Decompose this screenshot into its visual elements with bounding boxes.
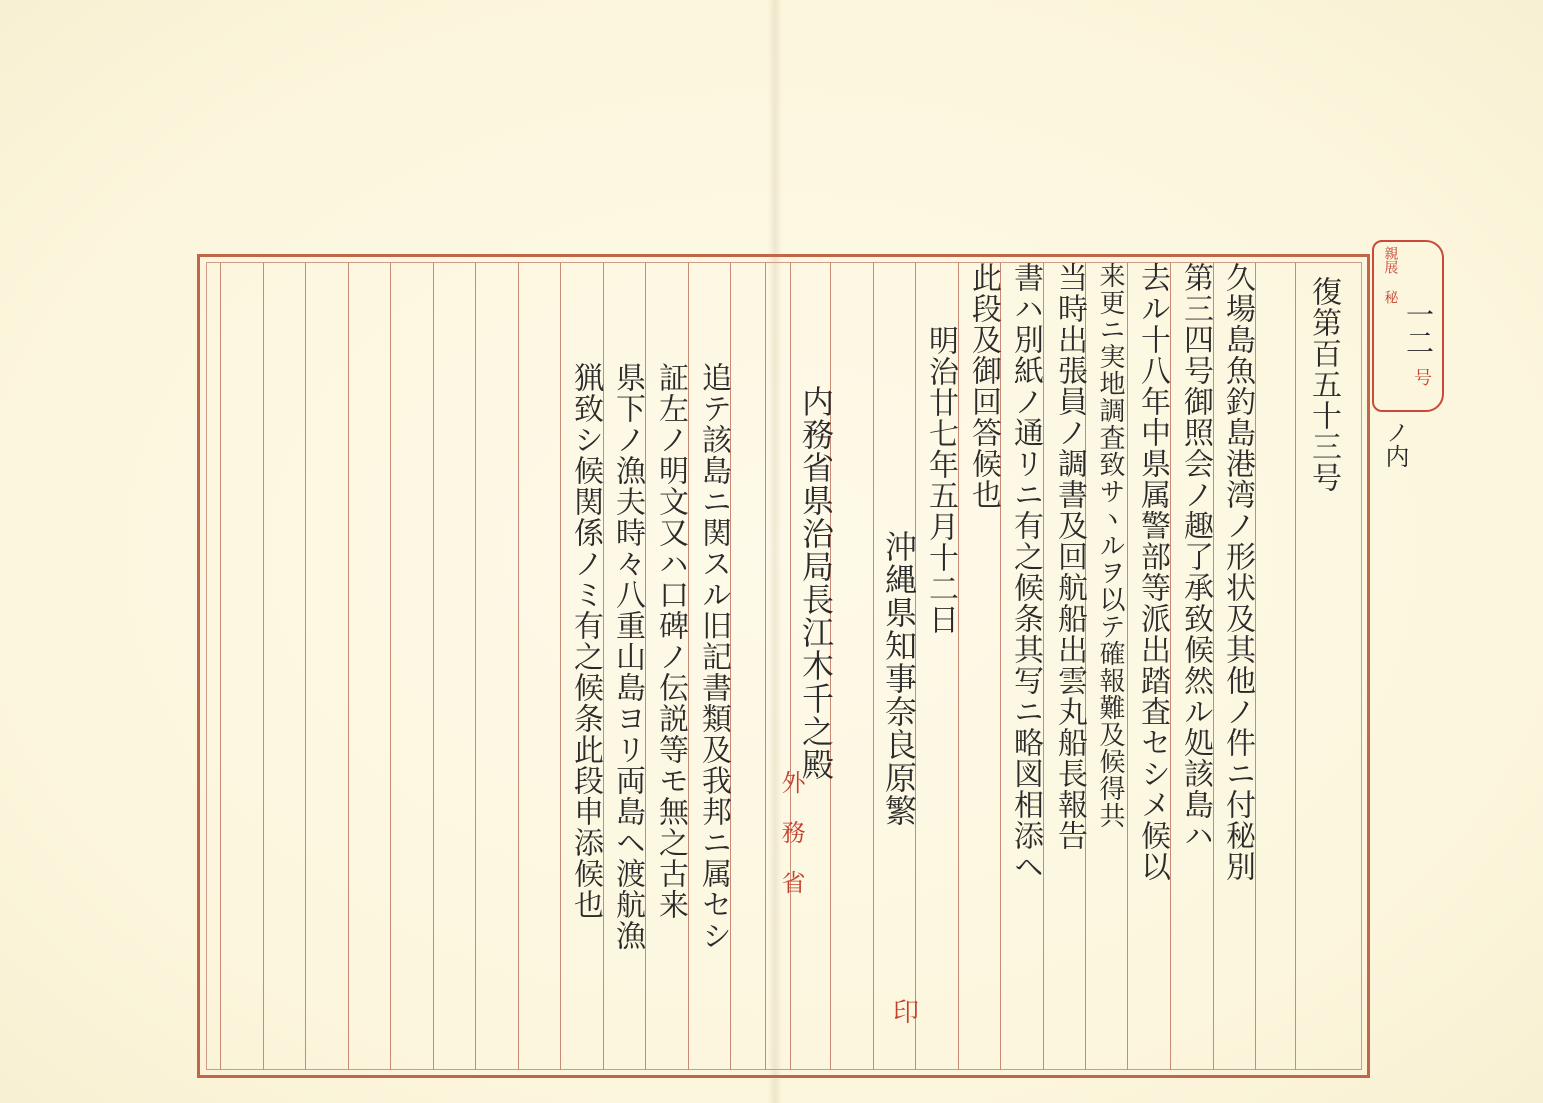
column-rule: [220, 262, 221, 1070]
column-rule: [645, 262, 646, 1070]
body-line-6: 書ハ別紙ノ通リニ有之候条其写ニ略図相添ヘ: [1010, 262, 1040, 882]
body-line-3: 去ル十八年中県属警部等派出踏査セシメ候以: [1137, 262, 1167, 882]
column-rule: [1255, 262, 1256, 1070]
column-rule: [790, 262, 791, 1070]
column-rule: [518, 262, 519, 1070]
column-rule: [688, 262, 689, 1070]
column-rule: [1170, 262, 1171, 1070]
column-rule: [603, 262, 604, 1070]
body-line-5: 当時出張員ノ調書及回航船出雲丸船長報告: [1054, 262, 1084, 851]
addressee: 内務省県治局長江木千之殿: [800, 385, 832, 781]
column-rule: [873, 262, 874, 1070]
column-rule: [390, 262, 391, 1070]
column-rule: [765, 262, 766, 1070]
column-rule: [263, 262, 264, 1070]
body-line-7: 此段及御回答候也: [968, 262, 998, 510]
column-rule: [1043, 262, 1044, 1070]
postscript-line-1: 追テ該島ニ関スル旧記書類及我邦ニ属セシ: [698, 362, 728, 951]
column-rule: [1213, 262, 1214, 1070]
document-number: 復第百五十三号: [1308, 276, 1338, 493]
column-rule: [305, 262, 306, 1070]
body-line-1: 久場島魚釣島港湾ノ形状及其他ノ件ニ付秘別: [1222, 262, 1252, 882]
sender-seal: 印: [893, 992, 919, 1029]
postscript-line-2: 証左ノ明文又ハ口碑ノ伝説等モ無之古来: [655, 362, 685, 920]
column-rule: [348, 262, 349, 1070]
postscript-line-4: 猟致シ候関係ノミ有之候条此段申添候也: [570, 362, 600, 920]
seal-label: 親展 秘: [1382, 246, 1397, 304]
column-rule: [1127, 262, 1128, 1070]
column-rule: [475, 262, 476, 1070]
body-line-2: 第三四号御照会ノ趣了承致候然ル処該島ハ: [1180, 262, 1210, 851]
postscript-line-3: 県下ノ漁夫時々八重山島ヨリ両島ヘ渡航漁: [612, 362, 642, 951]
column-rule: [958, 262, 959, 1070]
margin-note: ノ内: [1378, 420, 1413, 468]
document-date: 明治廿七年五月十二日: [925, 325, 955, 635]
sender-name: 沖縄県知事奈良原繁: [883, 530, 915, 827]
column-rule: [1295, 262, 1296, 1070]
seal-suffix: 号: [1408, 368, 1434, 386]
seal-number: 一二: [1404, 300, 1432, 356]
column-rule: [433, 262, 434, 1070]
ministry-stamp: 外務省: [774, 770, 809, 920]
body-line-4: 来更ニ実地調査致サヽルヲ以テ確報難及候得共: [1097, 262, 1123, 829]
column-rule: [560, 262, 561, 1070]
